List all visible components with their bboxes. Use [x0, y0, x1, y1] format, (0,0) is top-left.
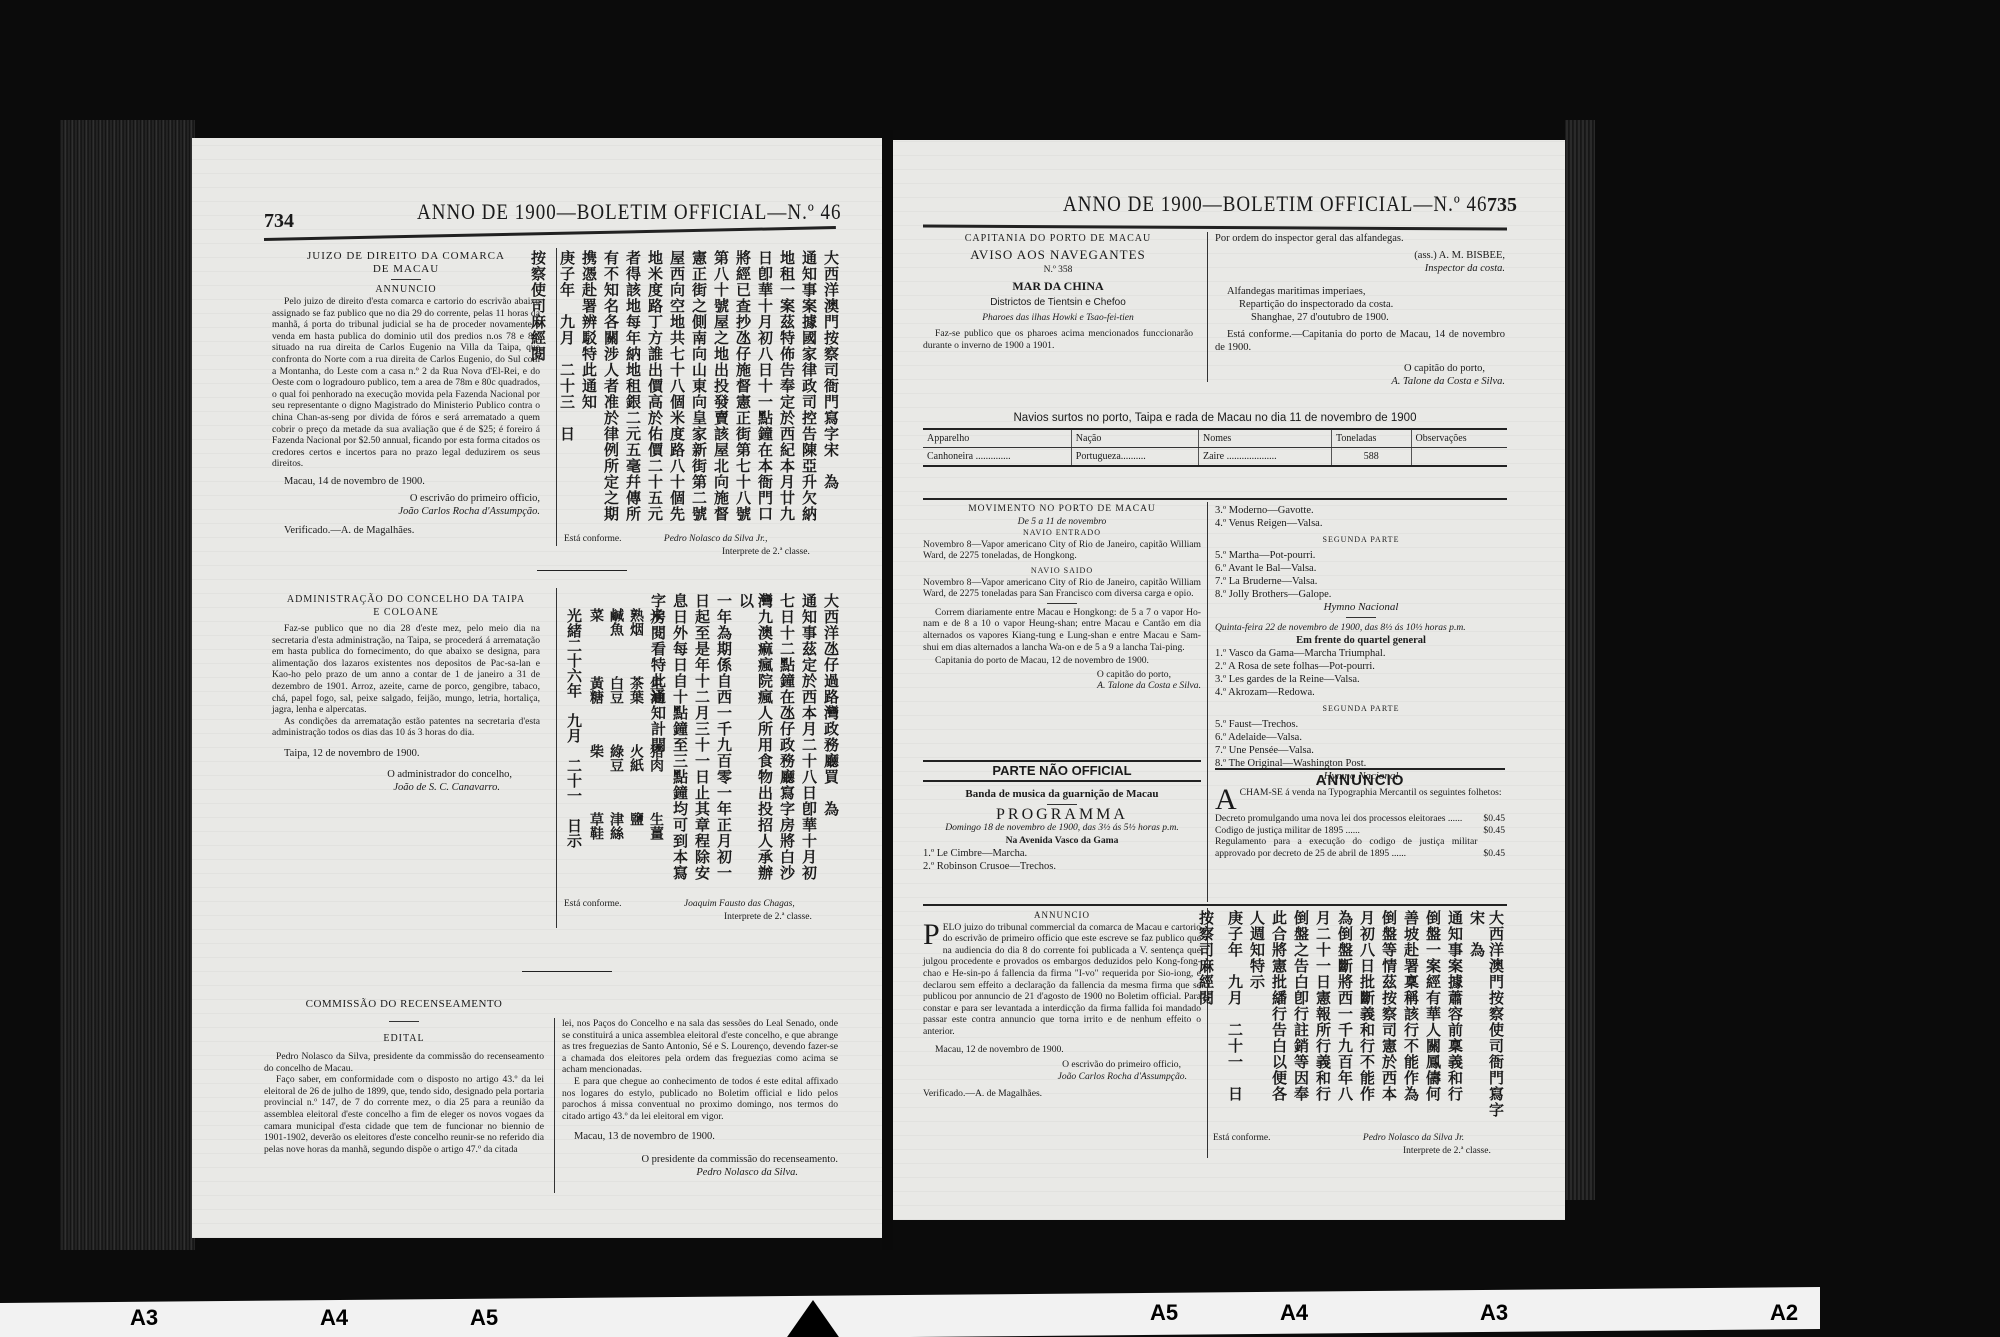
- chinese-date-column: 按察使司麻經閱: [528, 250, 547, 362]
- tribunal-date: Macau, 12 de novembro de 1900.: [923, 1044, 1201, 1056]
- chinese-list-item: 白豆: [606, 676, 626, 704]
- divider: [391, 279, 421, 280]
- recenseamento-para3: lei, nos Paços do Concelho e na sala das…: [562, 1018, 838, 1076]
- chinese-column: 倒盤等情茲按察司憲於西本: [1379, 910, 1398, 1102]
- programme-item: 7.º La Bruderne—Valsa.: [1215, 575, 1507, 588]
- taipa-body-2: As condições da arrematação estão patent…: [272, 716, 540, 739]
- chinese-column: 大西洋氹仔過路灣政務廳買 為: [821, 593, 840, 817]
- table-header: Nação: [1071, 429, 1198, 448]
- signer-title: O capitão do porto,: [923, 669, 1201, 681]
- interpreter-title: Interprete de 2.ª classe.: [1403, 1146, 1491, 1156]
- chinese-list-item: 猪肉: [646, 744, 666, 772]
- column-divider: [554, 1018, 555, 1193]
- film-marker: A3: [1480, 1300, 1508, 1326]
- chinese-list-item: 鹽: [626, 812, 646, 826]
- movimento-period: De 5 a 11 de novembro: [923, 516, 1201, 528]
- chinese-column: 通知事案據國家律政司控告陳亞升欠納: [799, 250, 818, 522]
- programme-item: 5.º Martha—Pot-pourri.: [1215, 549, 1507, 562]
- price-item-value: $0.45: [1483, 813, 1505, 825]
- ships-table-title: Navios surtos no porto, Taipa e rada de …: [923, 412, 1507, 425]
- recenseamento-subtitle: EDITAL: [264, 1032, 544, 1045]
- book-edge-left: [60, 120, 195, 1250]
- table-row: Canhoneira ..............Portugueza.....…: [923, 448, 1507, 467]
- drop-cap: P: [923, 922, 940, 948]
- chinese-column: 倒盤之告白卽行註銷等因奉: [1291, 910, 1310, 1102]
- movimento-title: MOVIMENTO NO PORTO DE MACAU: [923, 504, 1201, 516]
- chinese-column: 地米度路丁方誰出價高於佑價二十五元: [645, 250, 664, 522]
- header-rule: [923, 224, 1507, 230]
- programme-item: 2.º Robinson Crusoe—Trechos.: [923, 860, 1201, 873]
- taipa-chinese-list: 光緒二十六年 九月 二十一 日示米生油猪肉生薑熟烟茶葉火紙鹽鹹魚白豆綠豆津絲菜黃…: [564, 608, 664, 888]
- programme-item: 6.º Adelaide—Valsa.: [1215, 731, 1507, 744]
- band-name: Banda de musica da guarnição de Macau: [923, 788, 1201, 801]
- chinese-list-item: 津絲: [606, 812, 626, 840]
- chinese-list-item: 米: [646, 608, 666, 622]
- tribunal-chinese-footer: Está conforme. Pedro Nolasco da Silva Jr…: [1213, 1132, 1505, 1158]
- conforme-label: Está conforme.: [1213, 1133, 1271, 1143]
- interpreter-name: Pedro Nolasco da Silva Jr.: [1363, 1133, 1464, 1143]
- tribunal-verified: Verificado.—A. de Magalhães.: [923, 1088, 1201, 1100]
- chinese-column: 大西洋澳門按察司衙門寫字宋 為: [821, 250, 840, 490]
- programme-item: 3.º Les gardes de la Reine—Valsa.: [1215, 673, 1507, 686]
- chinese-column: 携憑赴署辨駁特此通知: [579, 250, 598, 410]
- conforme-label: Está conforme.: [564, 899, 622, 909]
- divider: [1346, 617, 1376, 618]
- anthem: Hymno Nacional: [1215, 601, 1507, 614]
- price-list-item: Codigo de justiça militar de 1895 ......…: [1215, 825, 1505, 837]
- chinese-column: 此合將憲批繙行告白以便各: [1269, 910, 1288, 1102]
- price-item-label: Codigo de justiça militar de 1895 ......: [1215, 825, 1477, 837]
- programme-date-1: Domingo 18 de novembro de 1900, das 3½ á…: [923, 821, 1201, 834]
- header-rule: [264, 226, 836, 241]
- capitania-body: Faz-se publico que os pharoes acima menc…: [923, 328, 1193, 351]
- juizo-verified: Verificado.—A. de Magalhães.: [272, 524, 540, 537]
- recenseamento-signer-name: Pedro Nolasco da Silva.: [562, 1166, 838, 1179]
- taipa-signer-name: João de S. C. Canavarro.: [272, 781, 540, 794]
- price-item-label: Decreto promulgando uma nova lei dos pro…: [1215, 813, 1477, 825]
- signer-title: O escrivão do primeiro officio,: [923, 1059, 1201, 1071]
- chinese-date-column: 光緒二十六年 九月 二十一 日示: [564, 608, 583, 888]
- programme-place-1: Na Avenida Vasco da Gama: [923, 834, 1201, 847]
- chinese-list-item: 綠豆: [606, 744, 626, 772]
- chinese-list-item: 生薑: [646, 812, 666, 840]
- juizo-notice: JUIZO DE DIREITO DA COMARCA DE MACAU ANN…: [272, 250, 540, 537]
- chinese-list-item: 鹹魚: [606, 608, 626, 636]
- taipa-notice: ADMINISTRAÇÃO DO CONCELHO DA TAIPA E COL…: [272, 593, 540, 794]
- signer-name: João Carlos Rocha d'Assumpção.: [923, 1071, 1201, 1083]
- film-marker: A5: [1150, 1300, 1178, 1326]
- juizo-subtitle: ANNUNCIO: [272, 283, 540, 296]
- column-divider: [556, 588, 557, 928]
- chinese-column: 屋西向空地共七十八個米度路八十個先: [667, 250, 686, 522]
- chinese-list-item: 柴: [586, 744, 606, 758]
- ships-table: ApparelhoNaçãoNomesToneladasObservações …: [923, 428, 1507, 467]
- programme-item: 4.º Akrozam—Redowa.: [1215, 686, 1507, 699]
- taipa-chinese-text: 大西洋氹仔過路灣政務廳買 為通知事茲定於西本月二十八日卽華十月初七日十二點鐘在氹…: [664, 593, 840, 893]
- aviso-number: N.º 358: [923, 264, 1193, 277]
- chinese-list-item: 菜: [586, 608, 606, 622]
- parte-nao-official-title: PARTE NÃO OFFICIAL: [923, 764, 1201, 777]
- conforme-label: Está conforme.: [564, 534, 622, 544]
- programme-title: PROGRAMMA: [923, 808, 1201, 821]
- running-header: ANNO DE 1900—BOLETIM OFFICIAL—N.º 46: [417, 200, 842, 225]
- section-rule: [923, 498, 1507, 500]
- column-divider: [1207, 232, 1208, 382]
- taipa-title-2: E COLOANE: [272, 606, 540, 619]
- chinese-column: 一年為期係自西一千九百零一年正月初一: [714, 593, 733, 881]
- programme-item: 1.º Le Cimbre—Marcha.: [923, 847, 1201, 860]
- book-gutter: [882, 130, 893, 1250]
- section-divider: [522, 971, 612, 972]
- office-line-1: Alfandegas maritimas imperiaes,: [1215, 285, 1505, 298]
- interpreter-name: Pedro Nolasco da Silva Jr.,: [664, 534, 768, 544]
- chinese-column: 日卽華十月初八日十一點鐘在本衙門口: [755, 250, 774, 522]
- divider: [389, 1021, 419, 1022]
- juizo-chinese-text: 大西洋澳門按察司衙門寫字宋 為通知事案據國家律政司控告陳亞升欠納地租一案茲特佈告…: [564, 250, 840, 530]
- order-line: Por ordem do inspector geral das alfande…: [1215, 232, 1505, 245]
- recenseamento-para2: Faço saber, em conformidade com o dispos…: [264, 1074, 544, 1155]
- recenseamento-signer-title: O presidente da commissão do recenseamen…: [562, 1153, 838, 1166]
- tribunal-chinese-text: 大西洋澳門按察使司衙門寫字宋 為通知事案據蕭容前稟義和行倒盤一案經有華人關鳳儔何…: [1213, 910, 1505, 1130]
- programme-date-2: Quinta-feira 22 de novembro de 1900, das…: [1215, 621, 1507, 634]
- chinese-column: 通知事茲定於西本月二十八日卽華十月初: [799, 593, 818, 881]
- table-cell: Zaire ....................: [1198, 448, 1331, 467]
- taipa-title: ADMINISTRAÇÃO DO CONCELHO DA TAIPA: [272, 593, 540, 606]
- chinese-column: 者得該地每年納地租銀二元五毫幷傳所: [623, 250, 642, 522]
- signer-name: A. Talone da Costa e Silva.: [1215, 375, 1505, 388]
- taipa-body: Faz-se publico que no dia 28 d'este mez,…: [272, 623, 540, 716]
- price-list-item: Regulamento para a execução do codigo de…: [1215, 836, 1505, 859]
- drop-cap: A: [1215, 787, 1237, 813]
- recenseamento-date: Macau, 13 de novembro de 1900.: [562, 1130, 838, 1143]
- recenseamento-para1: Pedro Nolasco da Silva, presidente da co…: [264, 1051, 544, 1074]
- section-divider: [537, 570, 627, 571]
- chinese-date-column: 庚子年 九月 二十三 日: [557, 250, 576, 442]
- capitania-right: Por ordem do inspector geral das alfande…: [1215, 232, 1505, 388]
- sea-name: MAR DA CHINA: [923, 280, 1193, 293]
- second-part-label: SEGUNDA PARTE: [1215, 702, 1507, 715]
- chinese-list-item: 黃糖: [586, 676, 606, 704]
- juizo-signer-name: João Carlos Rocha d'Assumpção.: [272, 505, 540, 518]
- left-ship: Novembro 8—Vapor americano City of Rio d…: [923, 577, 1201, 600]
- service-schedule: Correm diariamente entre Macau e Hongkon…: [923, 607, 1201, 653]
- chinese-column: 善坡赴署稟稱該行不能作為: [1401, 910, 1420, 1102]
- interpreter-title: Interprete de 2.ª classe.: [722, 547, 810, 557]
- signed-title: Inspector da costa.: [1215, 262, 1505, 275]
- chinese-column: 第八十號屋之地出投發賣該屋北向施督: [711, 250, 730, 522]
- interpreter-title: Interprete de 2.ª classe.: [724, 912, 812, 922]
- section-rule: [923, 904, 1507, 906]
- chinese-column: 將經已查抄氹仔施督憲正街第七十八號: [733, 250, 752, 522]
- table-cell: Portugueza..........: [1071, 448, 1198, 467]
- conforme-line: Está conforme.—Capitania do porto de Mac…: [1215, 328, 1505, 354]
- film-marker: A4: [1280, 1300, 1308, 1326]
- chinese-list-item: 熟烟: [626, 608, 646, 636]
- tribunal-notice: ANNUNCIO PELO juizo do tribunal commerci…: [923, 910, 1201, 1100]
- annuncio-title: ANNUNCIO: [1215, 774, 1505, 787]
- taipa-date: Taipa, 12 de novembro de 1900.: [272, 747, 540, 760]
- left-label: NAVIO SAIDO: [923, 565, 1201, 577]
- chinese-column: 地租一案茲特佈告奉定於西紀本月廿九: [777, 250, 796, 522]
- juizo-body: Pelo juizo de direito d'esta comarca e c…: [272, 296, 540, 470]
- movimento-section: MOVIMENTO NO PORTO DE MACAU De 5 a 11 de…: [923, 504, 1201, 692]
- second-part-label: SEGUNDA PARTE: [1215, 533, 1507, 546]
- recenseamento-para4: E para que chegue ao conhecimento de tod…: [562, 1076, 838, 1122]
- chinese-column: 月二十一日憲報所行義和行: [1313, 910, 1332, 1102]
- price-item-value: $0.45: [1483, 825, 1505, 837]
- left-page: 734 ANNO DE 1900—BOLETIM OFFICIAL—N.º 46…: [192, 138, 882, 1238]
- film-marker: A4: [320, 1305, 348, 1331]
- programme-item: 6.º Avant le Bal—Valsa.: [1215, 562, 1507, 575]
- chinese-column: 有不知名各關涉人者准於律例所定之期: [601, 250, 620, 522]
- juizo-signer-title: O escrivão do primeiro officio,: [272, 492, 540, 505]
- ships-table-section: Navios surtos no porto, Taipa e rada de …: [923, 412, 1507, 467]
- film-marker: A2: [1770, 1300, 1798, 1326]
- film-marker: A5: [470, 1305, 498, 1331]
- districts: Districtos de Tientsin e Chefoo: [923, 296, 1193, 309]
- chinese-column: 大西洋澳門按察使司衙門寫字宋 為: [1467, 910, 1505, 1130]
- chinese-column: 為倒盤斷將西一千九百年八: [1335, 910, 1354, 1102]
- chinese-column: 通知事案據蕭容前稟義和行: [1445, 910, 1464, 1102]
- programme-item: 1.º Vasco da Gama—Marcha Triumphal.: [1215, 647, 1507, 660]
- section-rule: [923, 780, 1201, 782]
- recenseamento-title: COMMISSÃO DO RECENSEAMENTO: [264, 998, 544, 1011]
- juizo-date: Macau, 14 de novembro de 1900.: [272, 475, 540, 488]
- signed-line: (ass.) A. M. BISBEE,: [1215, 249, 1505, 262]
- chinese-column: 月初八日批斷義和行不能作: [1357, 910, 1376, 1102]
- running-header: ANNO DE 1900—BOLETIM OFFICIAL—N.º 46: [1063, 192, 1488, 217]
- section-rule: [1215, 768, 1505, 770]
- programme-item: 2.º A Rosa de sete folhas—Pot-pourri.: [1215, 660, 1507, 673]
- programme-place-2: Em frente do quartel general: [1215, 634, 1507, 647]
- parte-nao-official: PARTE NÃO OFFICIAL Banda de musica da gu…: [923, 764, 1201, 873]
- juizo-title: JUIZO DE DIREITO DA COMARCA: [272, 250, 540, 263]
- fold-marker: [785, 1300, 841, 1337]
- aviso-title: AVISO AOS NAVEGANTES: [923, 248, 1193, 261]
- chinese-column: 灣九澳痲瘋院瘋人所用食物出投招人承辦以: [736, 593, 774, 893]
- tribunal-body: ELO juizo do tribunal commercial da coma…: [923, 922, 1201, 1037]
- interpreter-name: Joaquim Fausto das Chagas,: [684, 899, 795, 909]
- office-line-2: Repartição do inspectorado da costa.: [1215, 298, 1505, 311]
- table-cell: Canhoneira ..............: [923, 448, 1071, 467]
- divider: [1047, 603, 1077, 604]
- chinese-column: 息日外每日自十點鐘至三點鐘均可到本寫: [670, 593, 689, 881]
- section-rule: [923, 760, 1201, 762]
- chinese-column: 憲正街之側南向山東向皇家新街第二號: [689, 250, 708, 522]
- programme-continued: 3.º Moderno—Gavotte.4.º Venus Reigen—Val…: [1215, 504, 1507, 783]
- annuncio-intro: CHAM-SE á venda na Typographia Mercantil…: [1240, 787, 1502, 798]
- price-item-value: $0.45: [1483, 848, 1505, 860]
- programme-item: 7.º Une Pensée—Valsa.: [1215, 744, 1507, 757]
- film-marker: A3: [130, 1305, 158, 1331]
- price-list-item: Decreto promulgando uma nova lei dos pro…: [1215, 813, 1505, 825]
- table-cell: 588: [1331, 448, 1411, 467]
- lights: Pharoes das ilhas Howki e Tsao-fei-tien: [923, 312, 1193, 325]
- chinese-list-item: 草鞋: [586, 812, 606, 840]
- chinese-list-item: 火紙: [626, 744, 646, 772]
- chinese-column: 倒盤一案經有華人關鳳儔何: [1423, 910, 1442, 1102]
- recenseamento-notice-cont: lei, nos Paços do Concelho e na sala das…: [562, 1018, 838, 1179]
- recenseamento-notice: COMMISSÃO DO RECENSEAMENTO EDITAL Pedro …: [264, 998, 544, 1155]
- chinese-column: 日起至是年十二月三十一日止其章程除安: [692, 593, 711, 881]
- taipa-chinese-footer: Está conforme. Joaquim Fausto das Chagas…: [564, 898, 840, 924]
- signer-name: A. Talone da Costa e Silva.: [923, 680, 1201, 692]
- film-edge-strip: [0, 1287, 1820, 1337]
- programme-item: 3.º Moderno—Gavotte.: [1215, 504, 1507, 517]
- table-cell: [1411, 448, 1507, 467]
- chinese-column: 人週知特示: [1247, 910, 1266, 990]
- juizo-title-2: DE MACAU: [272, 263, 540, 276]
- capitania-notice: CAPITANIA DO PORTO DE MACAU AVISO AOS NA…: [923, 232, 1193, 351]
- capitania-title: CAPITANIA DO PORTO DE MACAU: [923, 232, 1193, 245]
- taipa-signer-title: O administrador do concelho,: [272, 768, 540, 781]
- chinese-list-item: 茶葉: [626, 676, 646, 704]
- table-header: Apparelho: [923, 429, 1071, 448]
- right-page: ANNO DE 1900—BOLETIM OFFICIAL—N.º 46 735…: [893, 140, 1565, 1220]
- juizo-chinese-footer: Está conforme. Pedro Nolasco da Silva Jr…: [564, 533, 840, 559]
- table-header: Toneladas: [1331, 429, 1411, 448]
- chinese-date-column: 庚子年 九月 二十一 日: [1225, 910, 1244, 1102]
- entered-ship: Novembro 8—Vapor americano City of Rio d…: [923, 539, 1201, 562]
- chinese-column: 七日十二點鐘在氹仔政務廳寫字房將白沙: [777, 593, 796, 881]
- divider: [1047, 804, 1077, 805]
- programme-item: 4.º Venus Reigen—Valsa.: [1215, 517, 1507, 530]
- page-number: 734: [264, 210, 294, 233]
- column-divider: [1207, 502, 1208, 902]
- table-header: Nomes: [1198, 429, 1331, 448]
- office-line-3: Shanghae, 27 d'outubro de 1900.: [1215, 311, 1505, 324]
- tribunal-title: ANNUNCIO: [923, 910, 1201, 922]
- page-number: 735: [1487, 194, 1517, 217]
- programme-item: 8.º Jolly Brothers—Galope.: [1215, 588, 1507, 601]
- entered-label: NAVIO ENTRADO: [923, 527, 1201, 539]
- book-edge-right: [1565, 120, 1595, 1200]
- programme-item: 5.º Faust—Trechos.: [1215, 718, 1507, 731]
- price-item-label: Regulamento para a execução do codigo de…: [1215, 836, 1477, 859]
- movimento-date: Capitania do porto de Macau, 12 de novem…: [923, 655, 1201, 667]
- table-header: Observações: [1411, 429, 1507, 448]
- chinese-date-column: 按察司麻經閱: [1196, 910, 1215, 1006]
- chinese-list-item: 生油: [646, 676, 666, 704]
- annuncio-box: ANNUNCIO A CHAM-SE á venda na Typographi…: [1215, 774, 1505, 859]
- signer-title: O capitão do porto,: [1215, 362, 1505, 375]
